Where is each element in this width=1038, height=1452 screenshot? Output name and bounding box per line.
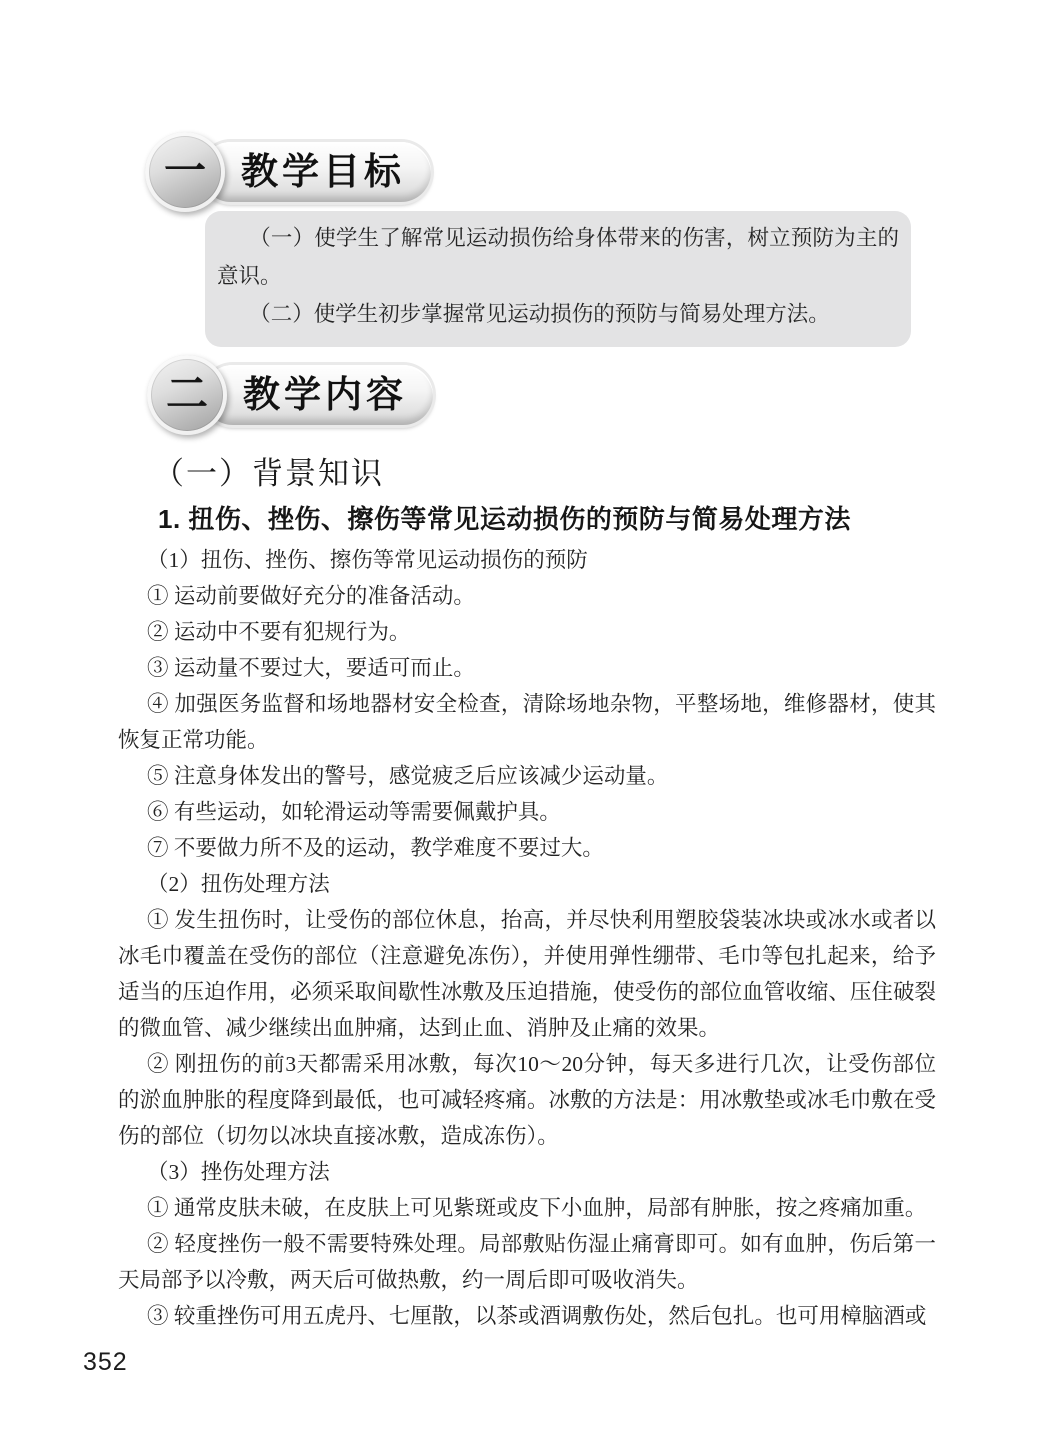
subsection-heading: （一）背景知识 <box>153 448 384 493</box>
body-paragraph: ① 运动前要做好充分的准备活动。 <box>118 578 936 614</box>
body-paragraph: ② 轻度挫伤一般不需要特殊处理。局部敷贴伤湿止痛膏即可。如有血肿，伤后第一天局部… <box>118 1226 936 1298</box>
body-paragraph: ⑥ 有些运动，如轮滑运动等需要佩戴护具。 <box>118 794 936 830</box>
topic-heading: 1. 扭伤、挫伤、擦伤等常见运动损伤的预防与简易处理方法 <box>158 499 851 536</box>
body-paragraph: ① 通常皮肤未破，在皮肤上可见紫斑或皮下小血肿，局部有肿胀，按之疼痛加重。 <box>118 1190 936 1226</box>
body-text: （1）扭伤、挫伤、擦伤等常见运动损伤的预防 ① 运动前要做好充分的准备活动。 ②… <box>118 542 936 1334</box>
section-number-circle: 一 <box>145 132 225 212</box>
section-number-circle: 二 <box>147 355 227 435</box>
page-number: 352 <box>83 1348 128 1377</box>
section-title-pill: 教学内容 <box>203 365 433 425</box>
objective-paragraph: （一）使学生了解常见运动损伤给身体带来的伤害，树立预防为主的意识。 <box>217 219 899 295</box>
section-number: 一 <box>164 151 206 193</box>
body-paragraph: （1）扭伤、挫伤、擦伤等常见运动损伤的预防 <box>118 542 936 578</box>
body-paragraph: ⑤ 注意身体发出的警号，感觉疲乏后应该减少运动量。 <box>118 758 936 794</box>
section-title-pill: 教学目标 <box>201 142 431 202</box>
objectives-box: （一）使学生了解常见运动损伤给身体带来的伤害，树立预防为主的意识。 （二）使学生… <box>205 211 911 347</box>
body-paragraph: ① 发生扭伤时，让受伤的部位休息，抬高，并尽快利用塑胶袋装冰块或冰水或者以冰毛巾… <box>118 902 936 1046</box>
body-paragraph: （2）扭伤处理方法 <box>118 866 936 902</box>
body-paragraph: ④ 加强医务监督和场地器材安全检查，清除场地杂物，平整场地，维修器材，使其恢复正… <box>118 686 936 758</box>
section-number: 二 <box>166 374 208 416</box>
body-paragraph: ⑦ 不要做力所不及的运动，教学难度不要过大。 <box>118 830 936 866</box>
body-paragraph: ③ 较重挫伤可用五虎丹、七厘散，以茶或酒调敷伤处，然后包扎。也可用樟脑酒或 <box>118 1298 936 1334</box>
section-badge-objectives: 教学目标 一 <box>145 132 565 218</box>
body-paragraph: ③ 运动量不要过大，要适可而止。 <box>118 650 936 686</box>
section-title: 教学内容 <box>243 377 407 414</box>
body-paragraph: ② 刚扭伤的前3天都需采用冰敷，每次10～20分钟，每天多进行几次，让受伤部位的… <box>118 1046 936 1154</box>
objective-paragraph: （二）使学生初步掌握常见运动损伤的预防与简易处理方法。 <box>217 295 899 333</box>
textbook-page: 教学目标 一 （一）使学生了解常见运动损伤给身体带来的伤害，树立预防为主的意识。… <box>0 0 1038 1452</box>
body-paragraph: ② 运动中不要有犯规行为。 <box>118 614 936 650</box>
body-paragraph: （3）挫伤处理方法 <box>118 1154 936 1190</box>
section-title: 教学目标 <box>241 154 405 191</box>
section-badge-content: 教学内容 二 <box>147 355 567 441</box>
